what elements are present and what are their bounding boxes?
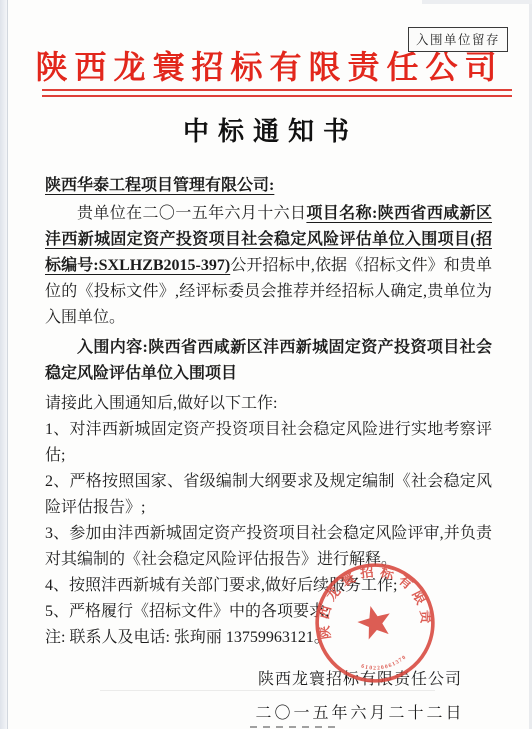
- paragraph-1-lead: 贵单位在二〇一五年六月十六日: [77, 205, 306, 222]
- corner-label: 入围单位留存: [408, 27, 508, 52]
- body-paragraph-2: 入围内容:陕西省西咸新区沣西新城固定资产投资项目社会稳定风险评估单位入围项目: [45, 335, 492, 387]
- document-title: 中标通知书: [0, 117, 532, 147]
- signature-date: 二〇一五年六月二十二日: [240, 701, 480, 727]
- document-body: 陕西华泰工程项目管理有限公司: 贵单位在二〇一五年六月十六日项目名称:陕西省西咸…: [45, 173, 492, 651]
- list-item-3: 3、参加由沣西新城固定资产投资项目社会稳定风险评审,并负责对其编制的《社会稳定风…: [45, 521, 492, 573]
- list-item-5: 5、严格履行《招标文件》中的各项要求;: [45, 599, 492, 625]
- list-item-2: 2、严格按照国家、省级编制大纲要求及规定编制《社会稳定风险评估报告》;: [45, 469, 492, 521]
- scan-edge-left: [0, 0, 8, 729]
- body-paragraph-3: 请接此入围通知后,做好以下工作:: [45, 391, 492, 417]
- addressee: 陕西华泰工程项目管理有限公司:: [45, 177, 274, 194]
- letterhead-rule: [42, 89, 512, 97]
- note-line: 注: 联系人及电话: 张珣丽 13759963121。: [45, 625, 492, 651]
- scan-artifact-line: [100, 690, 435, 691]
- addressee-line: 陕西华泰工程项目管理有限公司:: [45, 173, 492, 199]
- scan-artifact-marks: [250, 726, 336, 728]
- signature-block: 陕西龙寰招标有限责任公司 二〇一五年六月二十二日: [240, 667, 480, 727]
- list-item-4: 4、按照沣西新城有关部门要求,做好后续服务工作;: [45, 573, 492, 599]
- document-page: 入围单位留存 陕西龙寰招标有限责任公司 中标通知书 陕西华泰工程项目管理有限公司…: [0, 0, 532, 729]
- scan-smudge: [422, 0, 532, 4]
- list-item-1: 1、对沣西新城固定资产投资项目社会稳定风险进行实地考察评估;: [45, 417, 492, 469]
- body-paragraph-1: 贵单位在二〇一五年六月十六日项目名称:陕西省西咸新区沣西新城固定资产投资项目社会…: [45, 201, 492, 331]
